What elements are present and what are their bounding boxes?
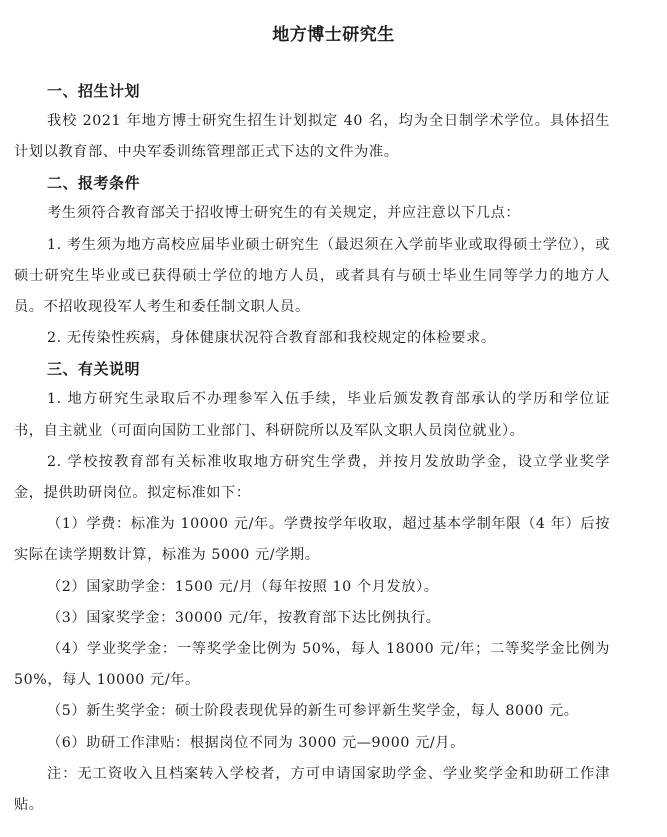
section-application-requirements: 二、报考条件 考生须符合教育部关于招收博士研究生的有关规定，并应注意以下几点： …	[14, 168, 610, 354]
paragraph-note: 注：无工资收入且档案转入学校者，方可申请国家助学金、学业奖学金和助研工作津贴。	[14, 759, 610, 821]
section-heading: 三、有关说明	[14, 354, 610, 384]
document-page: 地方博士研究生 一、招生计划 我校 2021 年地方博士研究生招生计划拟定 40…	[0, 0, 667, 837]
paragraph-national-grant: （2）国家助学金：1500 元/月（每年按照 10 个月发放）。	[14, 572, 610, 603]
paragraph-tuition: （1）学费：标准为 10000 元/年。学费按学年收取，超过基本学制年限（4 年…	[14, 509, 610, 571]
section-heading: 二、报考条件	[14, 168, 610, 198]
paragraph: 我校 2021 年地方博士研究生招生计划拟定 40 名，均为全日制学术学位。具体…	[14, 106, 610, 168]
paragraph-academic-scholarship: （4）学业奖学金：一等奖学金比例为 50%，每人 18000 元/年；二等奖学金…	[14, 634, 610, 696]
paragraph: 2. 无传染性疾病，身体健康状况符合教育部和我校规定的体检要求。	[14, 323, 610, 354]
paragraph: 2. 学校按教育部有关标准收取地方研究生学费，并按月发放助学金，设立学业奖学金，…	[14, 447, 610, 509]
paragraph-national-scholarship: （3）国家奖学金：30000 元/年，按教育部下达比例执行。	[14, 603, 610, 634]
section-notes: 三、有关说明 1. 地方研究生录取后不办理参军入伍手续，毕业后颁发教育部承认的学…	[14, 354, 610, 821]
section-enrollment-plan: 一、招生计划 我校 2021 年地方博士研究生招生计划拟定 40 名，均为全日制…	[14, 76, 610, 168]
paragraph: 1. 地方研究生录取后不办理参军入伍手续，毕业后颁发教育部承认的学历和学位证书，…	[14, 384, 610, 446]
section-heading: 一、招生计划	[14, 76, 610, 106]
paragraph-research-allowance: （6）助研工作津贴：根据岗位不同为 3000 元—9000 元/月。	[14, 728, 610, 759]
paragraph-freshman-scholarship: （5）新生奖学金：硕士阶段表现优异的新生可参评新生奖学金，每人 8000 元。	[14, 696, 610, 727]
paragraph: 考生须符合教育部关于招收博士研究生的有关规定，并应注意以下几点：	[14, 198, 610, 229]
document-body: 一、招生计划 我校 2021 年地方博士研究生招生计划拟定 40 名，均为全日制…	[14, 76, 610, 821]
paragraph: 1. 考生须为地方高校应届毕业硕士研究生（最迟须在入学前毕业或取得硕士学位），或…	[14, 230, 610, 324]
document-title: 地方博士研究生	[0, 20, 667, 45]
